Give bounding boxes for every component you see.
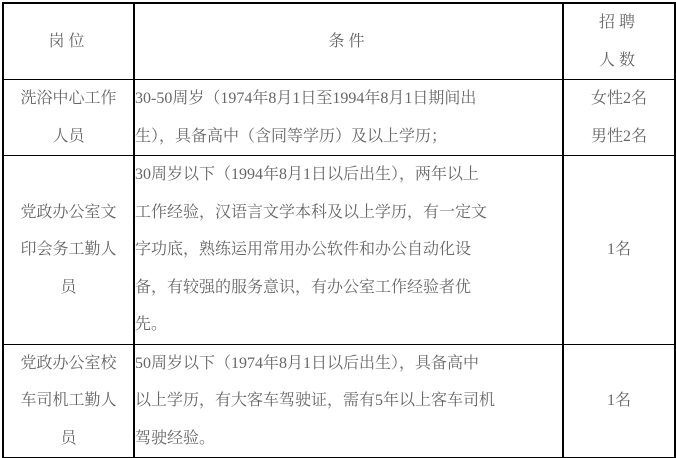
page: 岗位 条件 招聘 人数 洗浴中心工作 人员 30-50周岁（1974年8月1日至…	[0, 0, 676, 458]
table-row: 洗浴中心工作 人员 30-50周岁（1974年8月1日至1994年8月1日期间出…	[3, 80, 675, 156]
condition-cell: 50周岁以下（1974年8月1日以后出生），具备高中 以上学历，有大客车驾驶证，…	[134, 344, 563, 458]
headcount-cell: 1名	[563, 344, 675, 458]
headcount-column-header: 招聘 人数	[563, 3, 675, 80]
header-row: 岗位 条件 招聘 人数	[3, 3, 675, 80]
table-row: 党政办公室校 车司机工勤人 员 50周岁以下（1974年8月1日以后出生），具备…	[3, 344, 675, 458]
recruitment-table: 岗位 条件 招聘 人数 洗浴中心工作 人员 30-50周岁（1974年8月1日至…	[2, 2, 676, 458]
condition-cell: 30周岁以下（1994年8月1日以后出生），两年以上 工作经验，汉语言文学本科及…	[134, 156, 563, 345]
position-cell: 洗浴中心工作 人员	[3, 80, 134, 156]
condition-cell: 30-50周岁（1974年8月1日至1994年8月1日期间出 生），具备高中（含…	[134, 80, 563, 156]
headcount-cell: 女性2名 男性2名	[563, 80, 675, 156]
condition-column-header: 条件	[134, 3, 563, 80]
position-cell: 党政办公室文 印会务工勤人 员	[3, 156, 134, 345]
position-column-header: 岗位	[3, 3, 134, 80]
headcount-cell: 1名	[563, 156, 675, 345]
position-cell: 党政办公室校 车司机工勤人 员	[3, 344, 134, 458]
table-row: 党政办公室文 印会务工勤人 员 30周岁以下（1994年8月1日以后出生），两年…	[3, 156, 675, 345]
